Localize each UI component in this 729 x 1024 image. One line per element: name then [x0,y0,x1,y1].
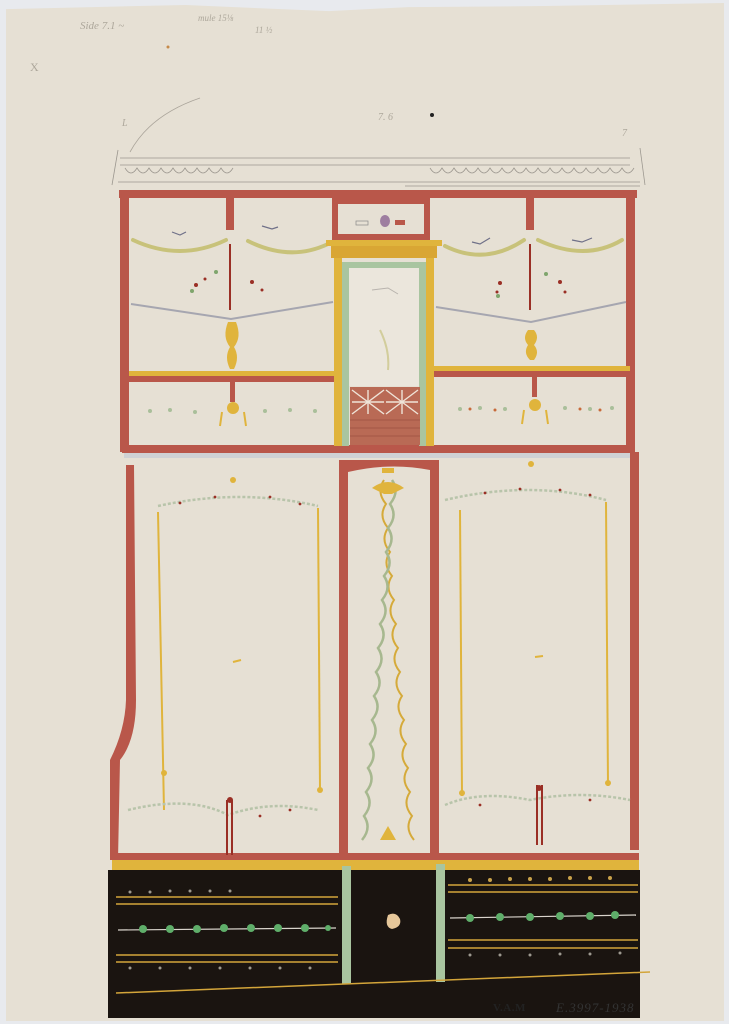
main-garlands [128,490,630,815]
black-dado [108,860,650,1018]
museum-mark: V.A.M [493,1002,526,1014]
accession-number: E.3997-1938 [556,1000,635,1016]
wall-elevation-drawing [0,0,729,1024]
pencil-band [124,453,635,458]
cornice [112,148,645,186]
central-aedicula [326,240,442,446]
central-vine-column [362,468,414,840]
center-frieze-vessels [356,215,405,227]
main-zone [110,452,639,860]
